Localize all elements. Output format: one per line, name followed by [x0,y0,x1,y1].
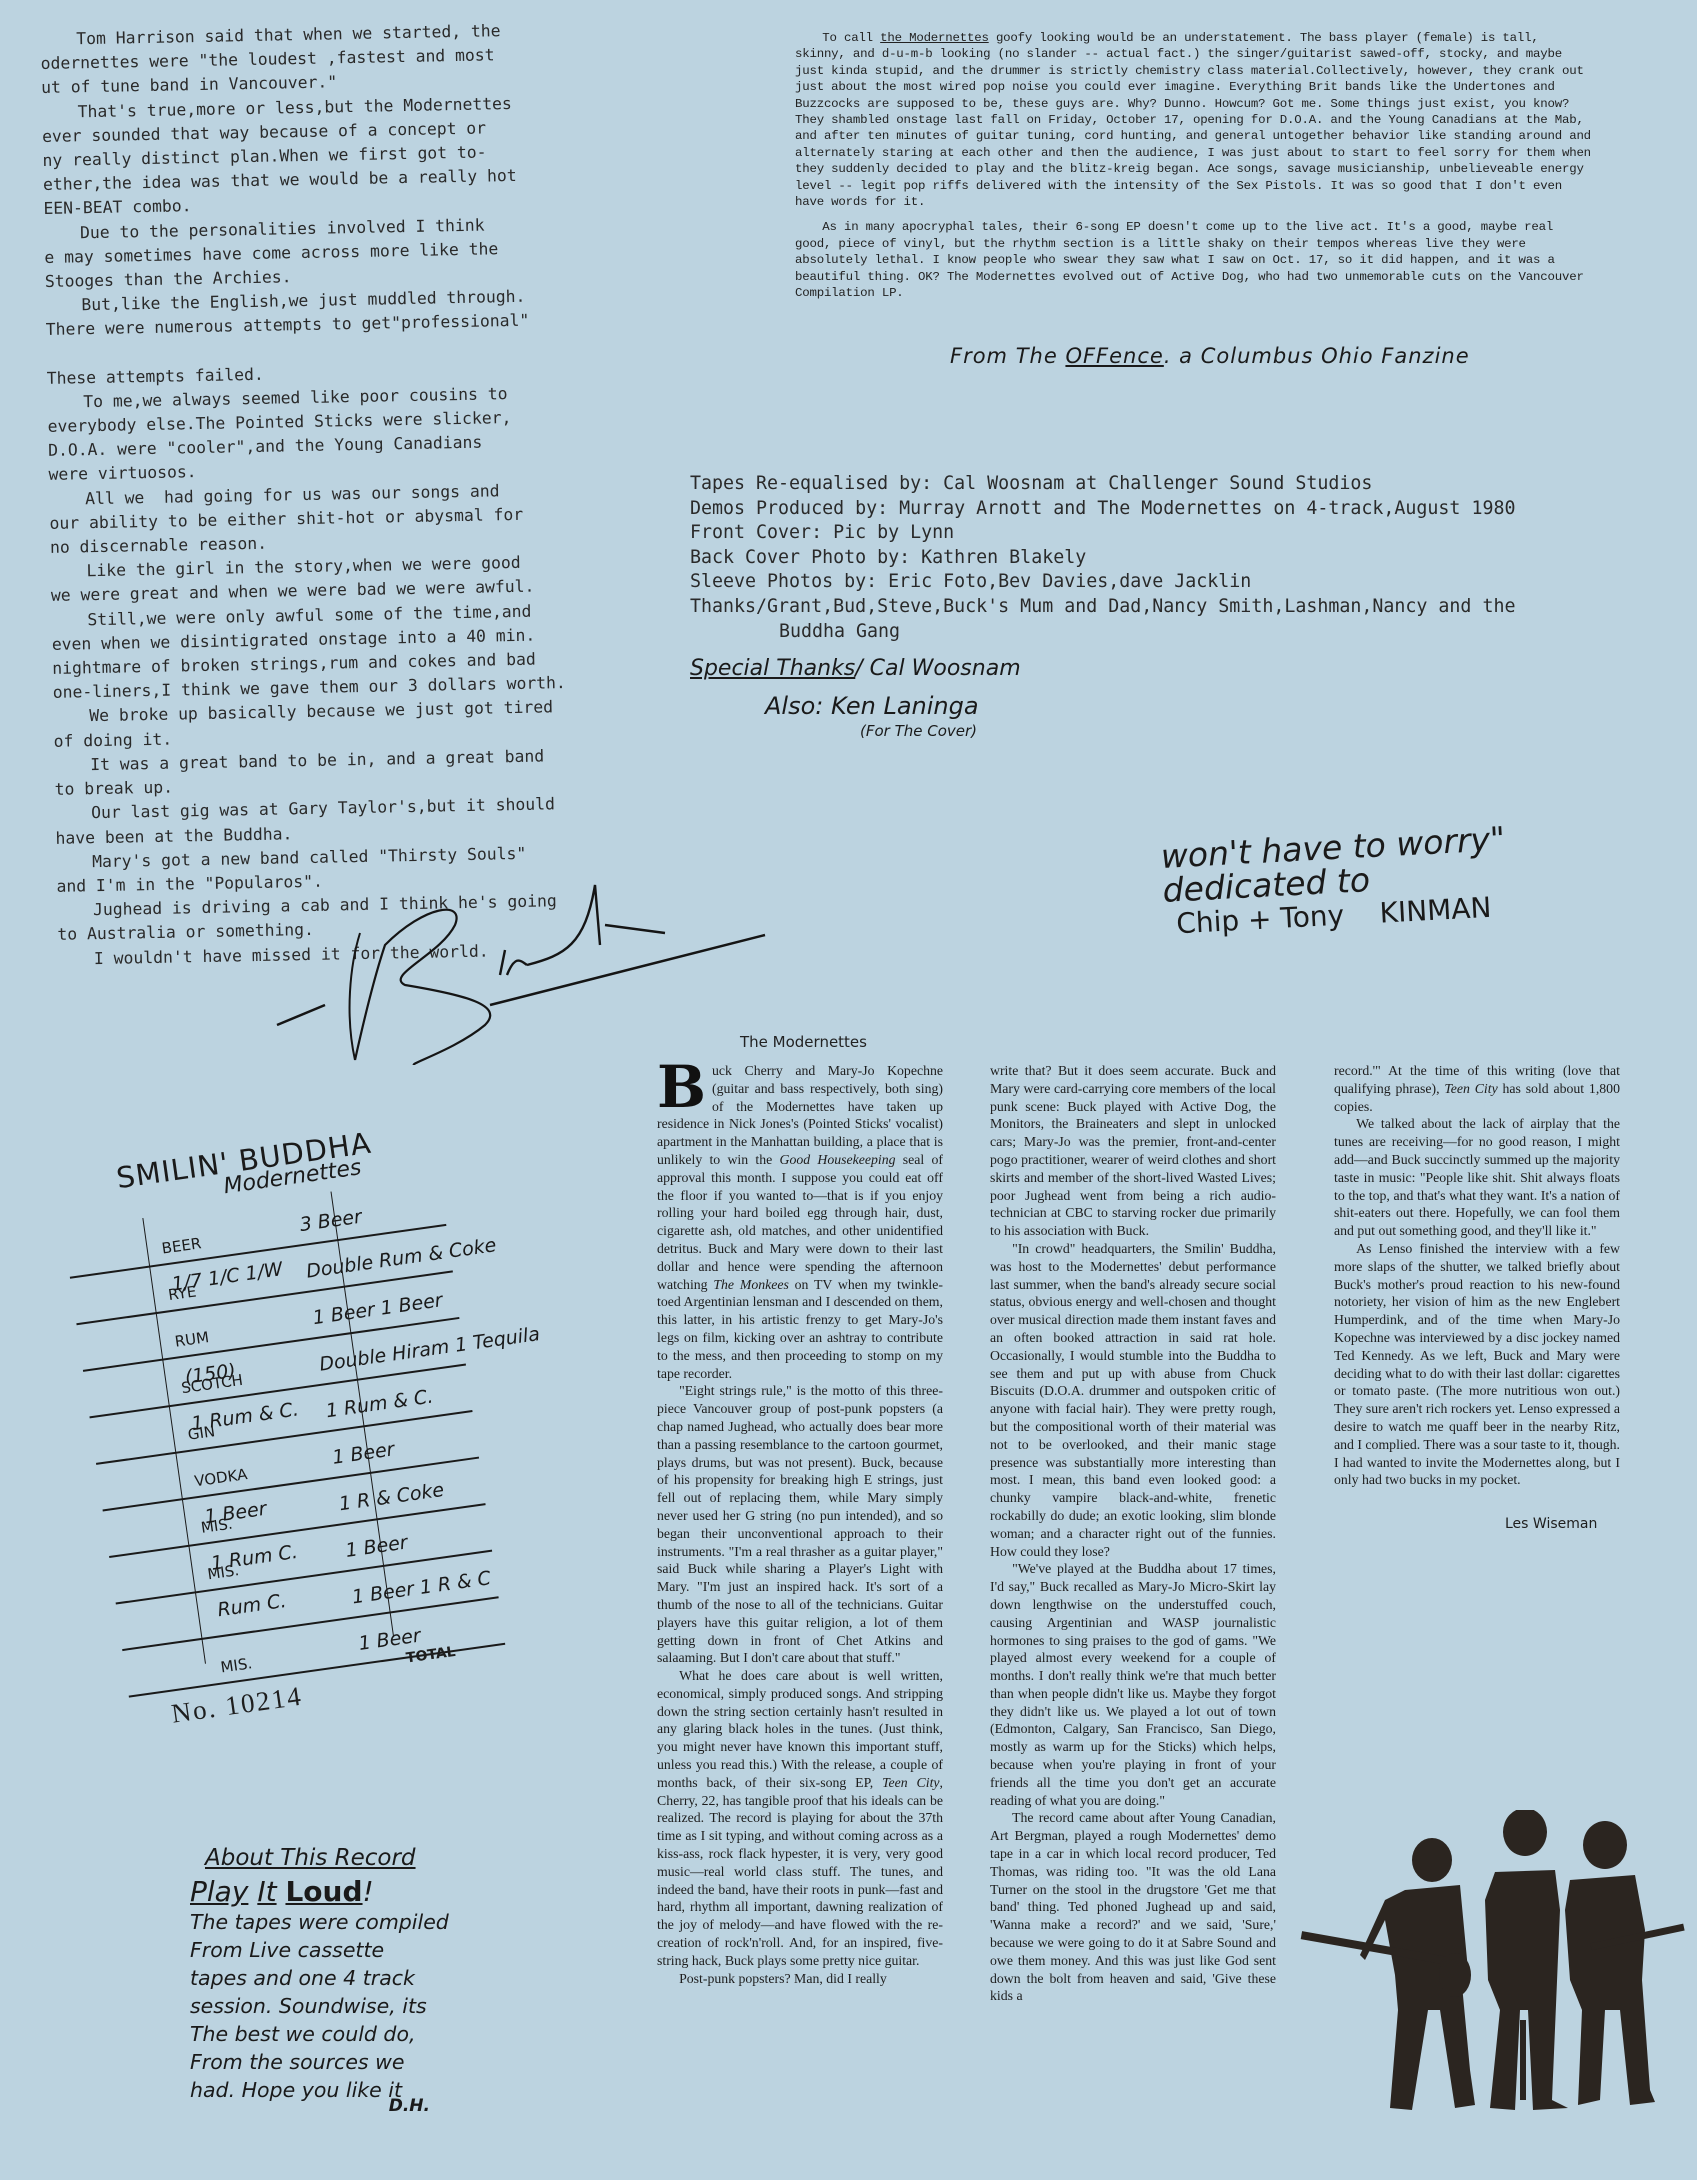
zine-name: OFFence [1065,344,1163,368]
about-body: The tapes were compiledFrom Live cassett… [190,1908,490,2104]
article-paragraph: record.'" At the time of this writing (l… [1334,1062,1620,1115]
credit-line: Buddha Gang [690,620,1610,645]
credit-line: Tapes Re-equalised by: Cal Woosnam at Ch… [690,472,1610,497]
receipt-row-label: VODKA [193,1465,248,1490]
receipt-row-label: MIS. [219,1654,253,1676]
receipt-row-extra: Rum C. [216,1590,287,1621]
article-column-2: write that? But it does seem accurate. B… [990,1062,1276,2005]
article-paragraph: "In crowd" headquarters, the Smilin' Bud… [990,1240,1276,1560]
italic-title: Good Housekeeping [780,1152,896,1167]
article-paragraph: The record came about after Young Canadi… [990,1809,1276,2005]
article-column-3: record.'" At the time of this writing (l… [1334,1062,1620,1489]
receipt-row-entry: 1 Beer [331,1438,396,1468]
about-line: The tapes were compiled [190,1908,490,1936]
credit-line: Sleeve Photos by: Eric Foto,Bev Davies,d… [690,570,1610,595]
dedication-note: won't have to worry" dedicated to Chip +… [1160,817,1605,942]
article-paragraph: We talked about the lack of airplay that… [1334,1115,1620,1240]
receipt-row-entry: 3 Beer [298,1206,363,1236]
article-paragraph: "Eight strings rule," is the motto of th… [657,1382,943,1667]
about-heading: About This Record [190,1845,490,1871]
record-credits: Tapes Re-equalised by: Cal Woosnam at Ch… [690,472,1610,644]
article-heading: The Modernettes [740,1033,867,1051]
credit-line: Demos Produced by: Murray Arnott and The… [690,497,1610,522]
about-this-record-note: About This Record Play It Loud! The tape… [190,1845,490,2116]
receipt-row-extra: 1 Beer [203,1498,268,1528]
italic-title: Teen City [882,1775,939,1790]
offence-review: To call the Modernettes goofy looking wo… [795,30,1595,311]
smilin-buddha-receipt: SMILIN' BUDDHA Modernettes BEER3 BeerRYE… [52,1093,544,1764]
credit-line: Back Cover Photo by: Kathren Blakely [690,546,1610,571]
article-paragraph: As Lenso finished the interview with a f… [1334,1240,1620,1489]
play-it-loud: Play It Loud! [190,1875,490,1908]
receipt-row-label: BEER [161,1234,203,1257]
about-line: session. Soundwise, its [190,1992,490,2020]
italic-title: Teen City [1444,1081,1497,1096]
about-line: The best we could do, [190,2020,490,2048]
about-line: tapes and one 4 track [190,1964,490,1992]
receipt-row-extra: 1/7 1/C 1/W [170,1258,284,1295]
italic-title: The Monkees [713,1277,789,1292]
receipt-row-extra: 1 Rum C. [210,1541,299,1575]
credit-line: Thanks/Grant,Bud,Steve,Buck's Mum and Da… [690,595,1610,620]
review-paragraph: To call the Modernettes goofy looking wo… [795,30,1595,210]
article-paragraph: "We've played at the Buddha about 17 tim… [990,1560,1276,1809]
also-credit: Also: Ken Laninga [765,692,979,720]
receipt-row-extra: 1 Rum & C. [190,1398,300,1435]
offence-credit: From The OFFence. a Columbus Ohio Fanzin… [950,344,1470,368]
about-line: From Live cassette [190,1936,490,1964]
review-paragraph: As in many apocryphal tales, their 6-son… [795,219,1595,301]
article-paragraph: Post-punk popsters? Man, did I really [657,1970,943,1988]
receipt-row-label: RUM [174,1328,211,1351]
drop-cap: B [657,1064,706,1110]
article-byline: Les Wiseman [1505,1516,1597,1532]
article-paragraph: Buck Cherry and Mary-Jo Kopechne (guitar… [657,1062,943,1382]
receipt-row-entry: Double Rum & Coke [305,1234,498,1282]
credit-line: Front Cover: Pic by Lynn [690,521,1610,546]
buck-letter: Tom Harrison said that when we started, … [40,17,648,972]
for-cover-note: (For The Cover) [860,722,977,740]
about-line: From the sources we [190,2048,490,2076]
article-paragraph: What he does care about is well written,… [657,1667,943,1970]
band-name-underlined: the Modernettes [880,31,989,45]
article-column-1: Buck Cherry and Mary-Jo Kopechne (guitar… [657,1062,943,1987]
band-silhouette-image [1290,1810,1690,2120]
article-paragraph: write that? But it does seem accurate. B… [990,1062,1276,1240]
buck-signature [265,865,775,1065]
special-thanks: Special Thanks/ Cal Woosnam [690,656,1021,681]
receipt-row-entry: 1 Beer [344,1531,409,1561]
